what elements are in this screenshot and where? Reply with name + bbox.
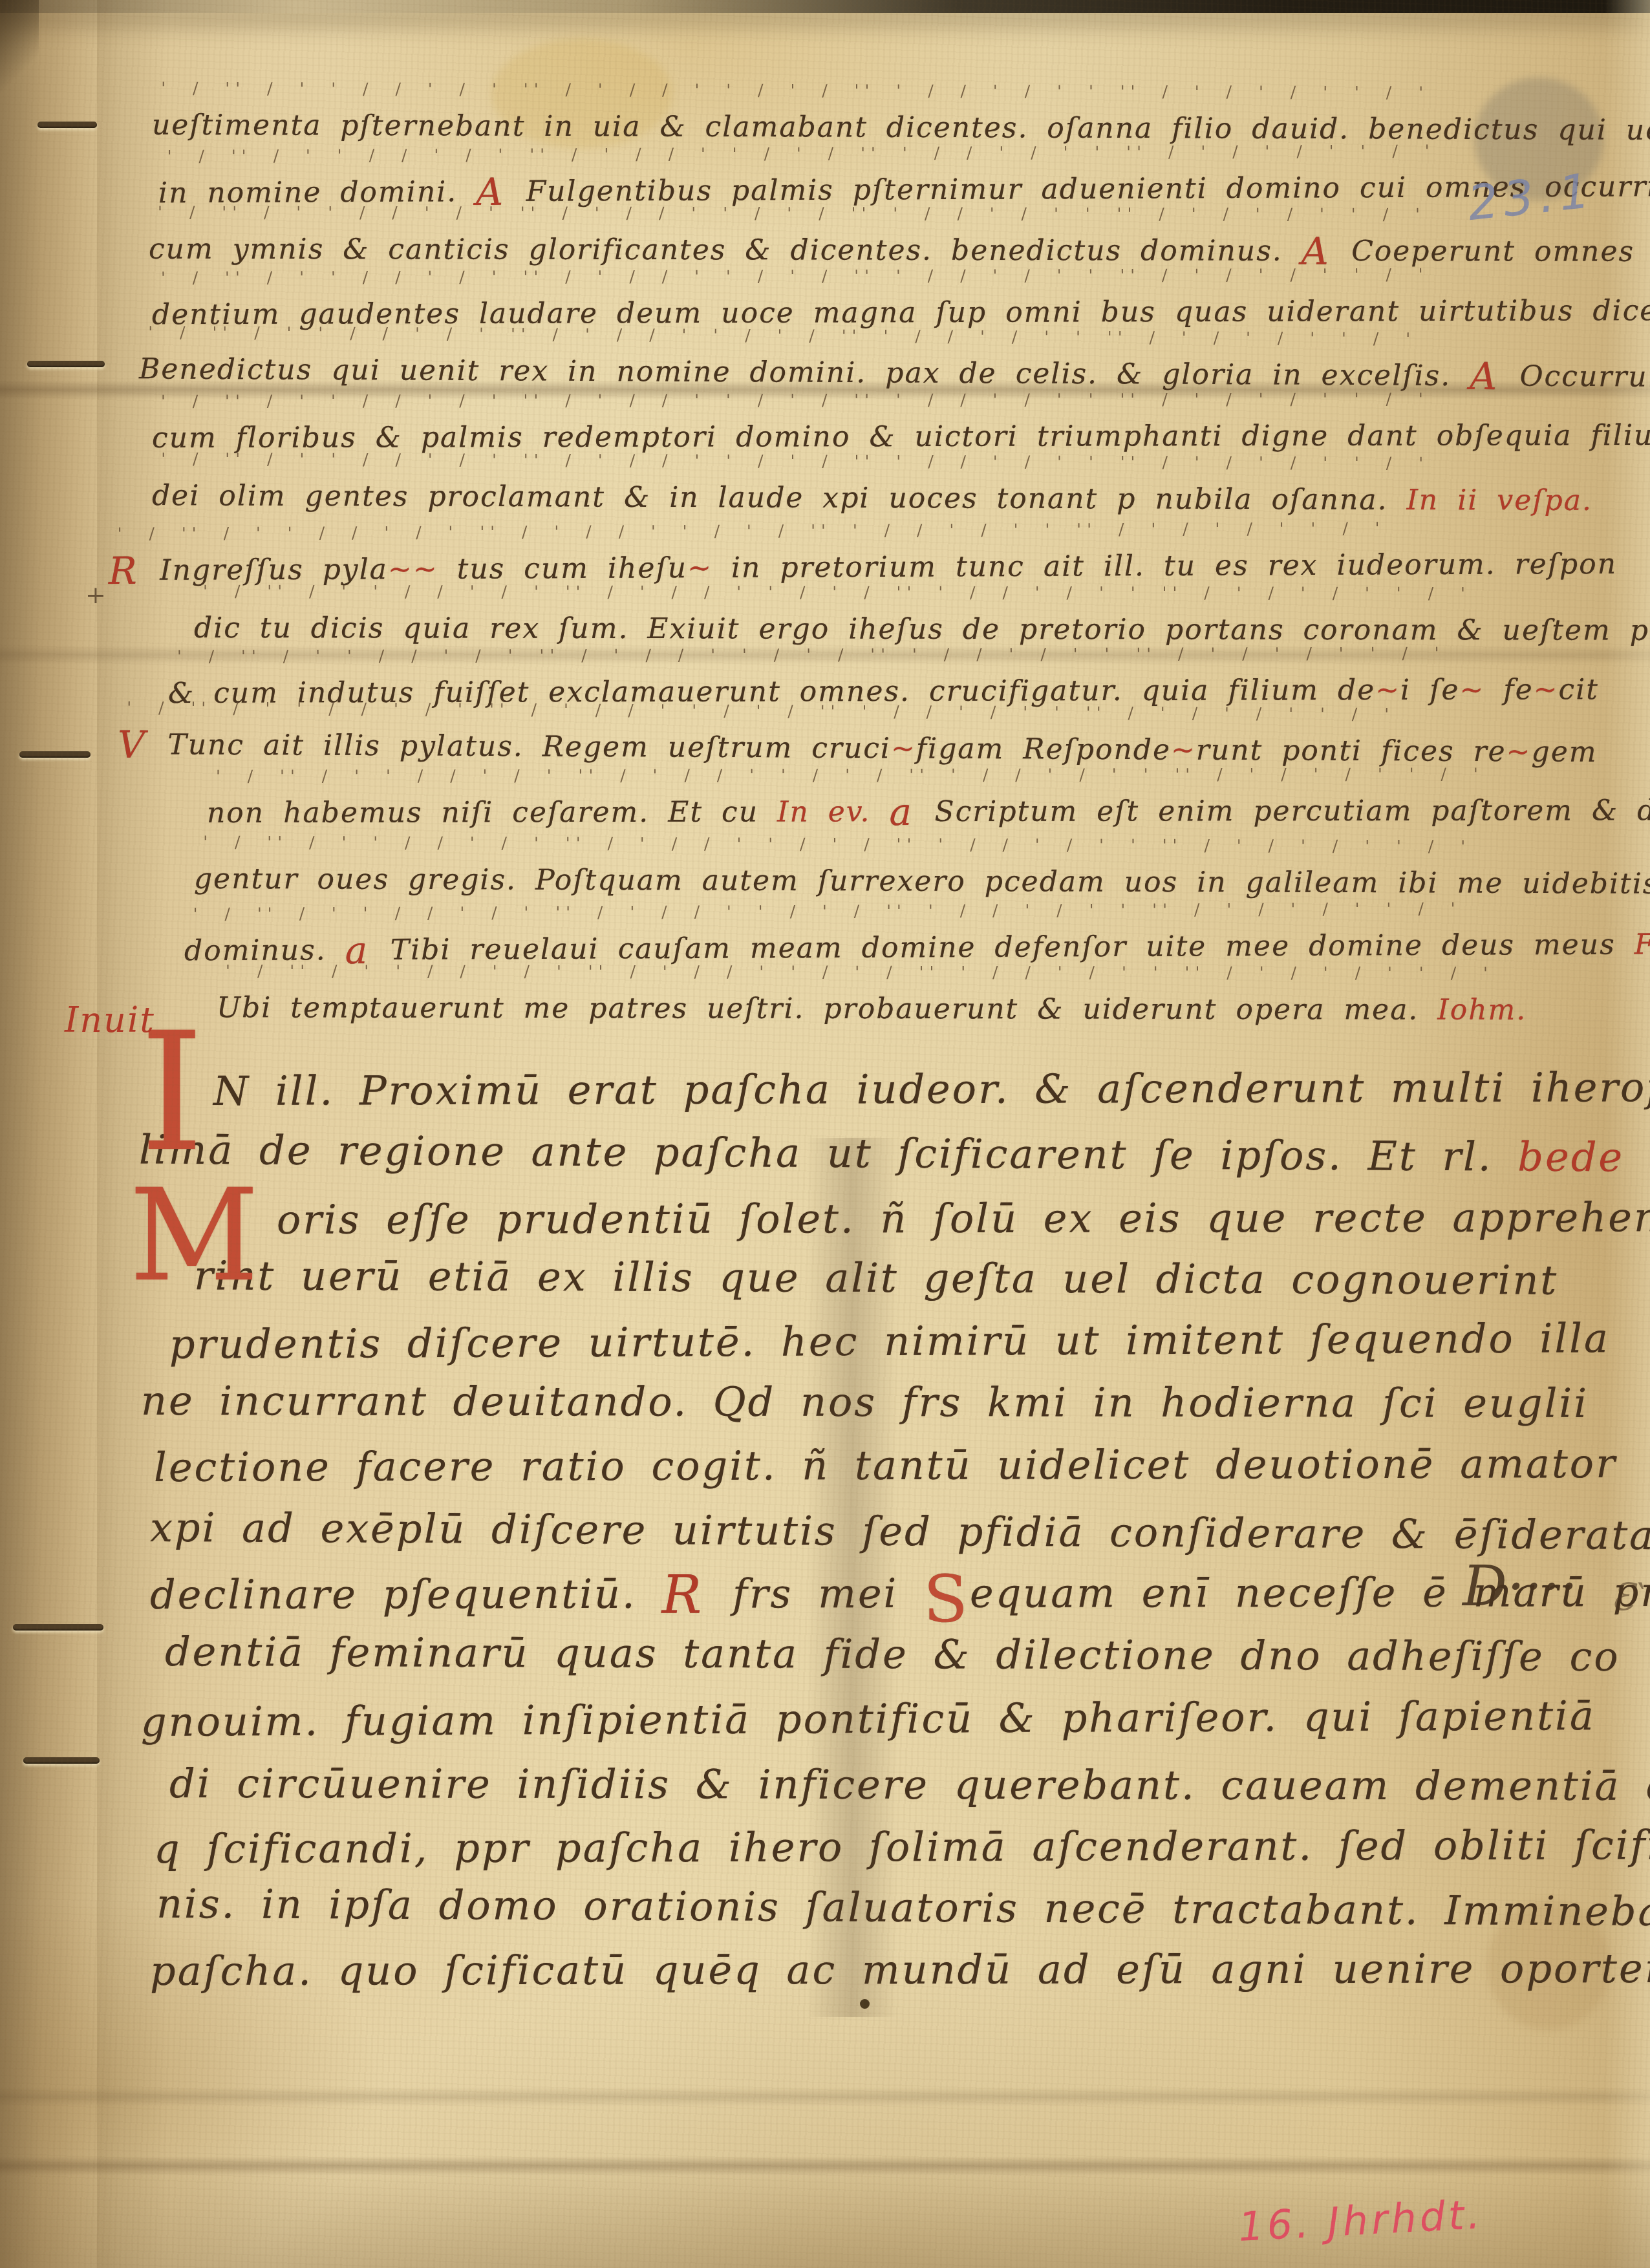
pen-trial-flourish: Ɛ‵ (1611, 1575, 1643, 1619)
manuscript-line-19: rint uerū etiā ex illis que alit geſta u… (194, 1252, 1559, 1303)
manuscript-line-17: limā de regione ante paſcha ut ſcificare… (139, 1126, 1650, 1181)
latin-text: cit (1558, 673, 1599, 706)
neume-marks: ' / '' / ' ' / / ' / ' '' / ' / / ' ' / … (161, 79, 1422, 102)
latin-text: frs mei (733, 1570, 923, 1618)
inline-initial: S (923, 1561, 970, 1637)
manuscript-line-8: ' / '' / ' ' / / ' / ' '' / ' / / ' ' / … (109, 548, 1617, 587)
manuscript-line-25: dentiā feminarū quas tanta fide & dilect… (165, 1628, 1620, 1680)
latin-text: tus cum iheſu (457, 551, 688, 586)
latin-text: Tibi reuelaui cauſam meam domine defenſo… (391, 928, 1634, 967)
latin-text: Tunc ait illis pylatus. Regem ueſtrum cr… (167, 728, 891, 765)
rubric-text: ~ (687, 551, 712, 584)
pen-trial-mark: D···· (1462, 1554, 1578, 1619)
rubric-text: ~ (1375, 674, 1400, 707)
rubric-text: bede pbri. (1517, 1133, 1650, 1182)
neume-marks: ' / '' / ' ' / / ' / ' '' / ' / / ' ' / … (203, 582, 1464, 603)
manuscript-line-5: ' / '' / ' ' / / ' / ' '' / ' / / ' ' / … (139, 352, 1650, 394)
manuscript-line-6: ' / '' / ' ' / / ' / ' '' / ' / / ' ' / … (152, 419, 1650, 455)
manuscript-line-13: ' / '' / ' ' / / ' / ' '' / ' / / ' ' / … (194, 862, 1650, 901)
margin-cross-mark: + (85, 581, 106, 609)
neume-marks: ' / '' / ' ' / / ' / ' '' / ' / / ' ' / … (216, 765, 1477, 786)
rubric-text: Iohm. (1437, 994, 1527, 1027)
text-block: ' / '' / ' ' / / ' / ' '' / ' / / ' ' / … (0, 0, 1650, 2268)
latin-text: dic tu dicis quia rex ſum. Exiuit ergo i… (194, 612, 1650, 647)
decorated-initial-I: I (140, 1027, 204, 1161)
manuscript-line-7: ' / '' / ' ' / / ' / ' '' / ' / / ' ' / … (152, 479, 1592, 517)
manuscript-line-16: N ill. Proximū erat paſcha iudeor. & aſc… (213, 1064, 1650, 1115)
latin-text: non habemus niſi ceſarem. Et cu (207, 796, 777, 830)
latin-text: figam Reſponde (916, 732, 1171, 766)
latin-text: declinare pſequentiū. (150, 1570, 661, 1618)
neume-marks: ' / '' / ' ' / / ' / ' '' / ' / / ' ' / … (177, 644, 1438, 666)
latin-text: dentiā feminarū quas tanta fide & dilect… (165, 1628, 1620, 1680)
manuscript-line-20: prudentis diſcere uirtutē. hec nimirū ut… (169, 1314, 1610, 1368)
latin-text: nis. in ipſa domo orationis ſaluatoris n… (156, 1880, 1650, 1935)
neume-marks: ' / '' / ' ' / / ' / ' '' / ' / / ' ' / … (203, 833, 1464, 856)
latin-text: oris eſſe prudentiū ſolet. ñ ſolū ex eis… (277, 1193, 1650, 1243)
latin-text: Benedictus qui uenit rex in nomine domin… (139, 352, 1470, 392)
manuscript-line-27: di circūuenire inſidiis & inficere quere… (169, 1760, 1650, 1810)
decorated-initial-M: M (129, 1184, 259, 1289)
latin-text: in pretorium tunc ait ill. tu es rex iud… (712, 548, 1617, 584)
neume-marks: ' / '' / ' ' / / ' / ' '' / ' / / ' ' / … (226, 961, 1486, 982)
invitatory-margin-note: Inuit (65, 1000, 155, 1040)
rubric-text: ~ (1459, 674, 1484, 707)
latin-text: dei olim gentes proclamant & in laude xp… (152, 479, 1407, 517)
latin-text: rint uerū etiā ex illis que alit geſta u… (194, 1252, 1559, 1303)
rubric-text: R (109, 549, 160, 593)
manuscript-line-12: ' / '' / ' ' / / ' / ' '' / ' / / ' ' / … (207, 794, 1650, 829)
manuscript-line-26: gnouim. fugiam inſipientiā pontificū & p… (141, 1692, 1596, 1746)
latin-text: fe (1484, 673, 1533, 706)
latin-text: lectione facere ratio cogit. ñ tantū uid… (154, 1440, 1617, 1491)
manuscript-line-18: oris eſſe prudentiū ſolet. ñ ſolū ex eis… (277, 1193, 1650, 1243)
rubric-text: ~ (1171, 734, 1196, 767)
manuscript-line-3: ' / '' / ' ' / / ' / ' '' / ' / / ' ' / … (149, 233, 1650, 269)
rubric-text: R (661, 1565, 733, 1626)
latin-text: prudentis diſcere uirtutē. hec nimirū ut… (169, 1314, 1610, 1368)
manuscript-line-30: paſcha. quo ſcificatū quēq ac mundū ad e… (150, 1945, 1650, 1995)
neume-marks: ' / '' / ' ' / / ' / ' '' / ' / / ' ' / … (161, 265, 1422, 287)
rubric-text: In ev. (777, 795, 889, 828)
rubric-text: FER II. (1634, 928, 1650, 961)
latin-text: gem (1531, 735, 1597, 769)
rubric-text: V (118, 723, 168, 767)
manuscript-line-29: nis. in ipſa domo orationis ſaluatoris n… (156, 1880, 1650, 1935)
manuscript-line-11: ' / '' / ' ' / / ' / ' '' / ' / / ' ' / … (118, 728, 1598, 769)
rubric-text: A (1470, 354, 1520, 398)
latin-text: gentur oues gregis. Poſtquam autem ſurre… (194, 862, 1650, 901)
manuscript-line-9: ' / '' / ' ' / / ' / ' '' / ' / / ' ' / … (194, 612, 1650, 647)
latin-text: q ſcificandi, ppr paſcha ihero ſolimā aſ… (154, 1821, 1650, 1873)
neume-marks: ' / '' / ' ' / / ' / ' '' / ' / / ' ' / … (161, 390, 1422, 411)
latin-text: Scriptum eſt enim percutiam paſtorem & d… (934, 794, 1650, 828)
rubric-text: ~~ (388, 553, 457, 586)
rubric-text: In ii veſpa. (1406, 484, 1592, 517)
latin-text: gnouim. fugiam inſipientiā pontificū & p… (141, 1692, 1596, 1746)
latin-text: Coeperunt omnes turbe deſcen (1351, 235, 1650, 268)
latin-text: N ill. Proximū erat paſcha iudeor. & aſc… (213, 1064, 1650, 1115)
latin-text: runt ponti fices re (1196, 734, 1506, 769)
latin-text: limā de regione ante paſcha ut ſcificare… (139, 1126, 1518, 1180)
manuscript-line-21: ne incurrant deuitando. Qd nos frs kmi i… (141, 1377, 1589, 1427)
latin-text: Occurrunt turbe (1519, 360, 1650, 394)
rubric-text: a (889, 790, 934, 834)
manuscript-line-22: lectione facere ratio cogit. ñ tantū uid… (154, 1440, 1617, 1491)
neume-marks: ' / '' / ' ' / / ' / ' '' / ' / / ' ' / … (118, 519, 1378, 544)
latin-text: xpi ad exēplū diſcere uirtutis ſed pfidi… (150, 1504, 1650, 1559)
latin-text: paſcha. quo ſcificatū quēq ac mundū ad e… (150, 1945, 1650, 1995)
latin-text: ne incurrant deuitando. Qd nos frs kmi i… (141, 1377, 1589, 1427)
latin-text: i ſe (1400, 674, 1460, 707)
latin-text: di circūuenire inſidiis & inficere quere… (169, 1760, 1650, 1810)
rubric-text: ~ (891, 732, 916, 765)
manuscript-line-23: xpi ad exēplū diſcere uirtutis ſed pfidi… (150, 1504, 1650, 1559)
manuscript-line-28: q ſcificandi, ppr paſcha ihero ſolimā aſ… (154, 1821, 1650, 1873)
manuscript-line-24: declinare pſequentiū. R frs mei Sequam e… (150, 1568, 1650, 1618)
rubric-text: ~ (1534, 673, 1559, 706)
latin-text: Ubi temptauerunt me patres ueſtri. proba… (217, 991, 1437, 1026)
neume-marks: ' / '' / ' ' / / ' / ' '' / ' / / ' ' / … (193, 899, 1454, 924)
manuscript-page: ' / '' / ' ' / / ' / ' '' / ' / / ' ' / … (0, 0, 1650, 2268)
manuscript-line-15: ' / '' / ' ' / / ' / ' '' / ' / / ' ' / … (217, 991, 1527, 1027)
neume-marks: ' / '' / ' ' / / ' / ' '' / ' / / ' ' / … (158, 203, 1419, 224)
neume-marks: ' / '' / ' ' / / ' / ' '' / ' / / ' ' / … (167, 142, 1428, 166)
latin-text: cum ymnis & canticis glorificantes & dic… (149, 233, 1302, 268)
neume-marks: ' / '' / ' ' / / ' / ' '' / ' / / ' ' / … (161, 449, 1422, 473)
rubric-text: ~ (1506, 735, 1532, 768)
latin-text: cum floribus & palmis redemptori domino … (152, 419, 1650, 455)
